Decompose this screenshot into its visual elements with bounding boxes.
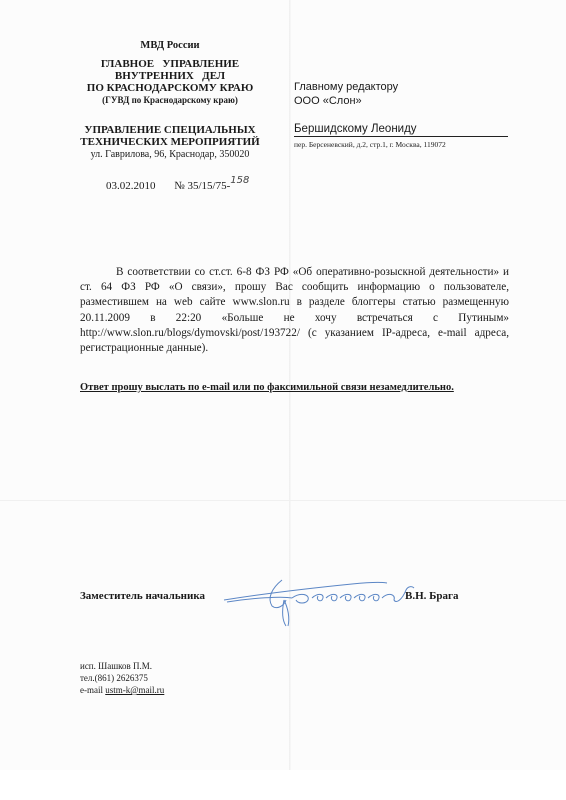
directorate-abbreviation: (ГУВД по Краснодарскому краю) [70, 94, 270, 106]
executor-phone: тел.(861) 2626375 [80, 672, 164, 684]
handwritten-signature [222, 578, 417, 628]
sender-department: УПРАВЛЕНИЕ СПЕЦИАЛЬНЫХ ТЕХНИЧЕСКИХ МЕРОП… [70, 124, 270, 162]
directorate-line: ВНУТРЕННИХ ДЕЛ [70, 70, 270, 82]
request-paragraph: В соответствии со ст.ст. 6-8 ФЗ РФ «Об о… [80, 265, 509, 356]
signatory-name: В.Н. Брага [405, 590, 459, 602]
department-line: УПРАВЛЕНИЕ СПЕЦИАЛЬНЫХ [70, 124, 270, 136]
department-address: ул. Гаврилова, 96, Краснодар, 350020 [70, 148, 270, 162]
executor-email-line: e-mail ustm-k@mail.ru [80, 684, 164, 696]
ministry-name: МВД России [70, 40, 270, 52]
handwritten-number: 158 [230, 175, 249, 186]
urgent-notice: Ответ прошу выслать по e-mail или по фак… [80, 382, 510, 393]
reference-number: № 35/15/75- [174, 180, 230, 192]
recipient-address: пер. Берсеневский, д.2, стр.1, г. Москва… [294, 140, 446, 149]
directorate-line: ПО КРАСНОДАРСКОМУ КРАЮ [70, 82, 270, 94]
paper-fold-horizontal [0, 500, 566, 501]
recipient-position: Главному редактору [294, 80, 398, 94]
department-line: ТЕХНИЧЕСКИХ МЕРОПРИЯТИЙ [70, 136, 270, 148]
signatory-title: Заместитель начальника [80, 590, 205, 602]
letter-date: 03.02.2010 [106, 180, 156, 192]
executor-email: ustm-k@mail.ru [105, 685, 164, 695]
directorate-line: ГЛАВНОЕ УПРАВЛЕНИЕ [70, 58, 270, 70]
recipient-block: Главному редактору ООО «Слон» [294, 80, 398, 108]
email-label: e-mail [80, 685, 105, 695]
executor-block: исп. Шашков П.М. тел.(861) 2626375 e-mai… [80, 660, 164, 696]
recipient-company: ООО «Слон» [294, 94, 398, 108]
sender-organization: МВД России ГЛАВНОЕ УПРАВЛЕНИЕ ВНУТРЕННИХ… [70, 40, 270, 106]
recipient-name: Бершидскому Леониду [294, 123, 508, 137]
executor-name: исп. Шашков П.М. [80, 660, 164, 672]
letter-body: В соответствии со ст.ст. 6-8 ФЗ РФ «Об о… [80, 265, 509, 356]
reference-line: 03.02.2010 № 35/15/75-158 [106, 180, 249, 192]
document-page: МВД России ГЛАВНОЕ УПРАВЛЕНИЕ ВНУТРЕННИХ… [0, 0, 566, 770]
